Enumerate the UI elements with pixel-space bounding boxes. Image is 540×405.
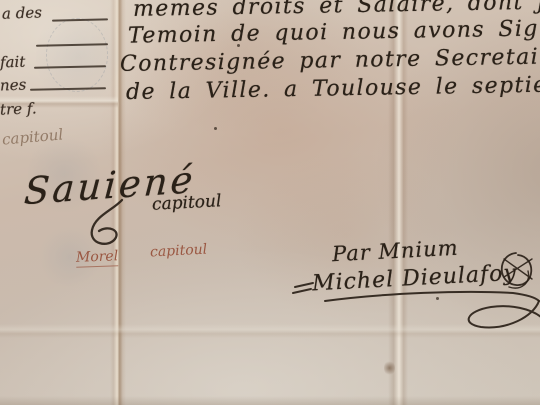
signature-flourish (285, 243, 540, 338)
margin-note: a des (2, 3, 42, 22)
paper-bottom-edge (0, 396, 540, 405)
margin-note: tre f. (0, 99, 37, 118)
ink-speck (436, 297, 439, 300)
manuscript-photo: a des fait nes tre f. capitoul memes dro… (0, 0, 540, 405)
signature-paraph-loop (82, 198, 137, 250)
body-line: Contresignée par notre Secretaire (120, 44, 540, 77)
annotation-secondary: Morel (76, 248, 119, 267)
margin-note: nes (0, 76, 27, 95)
ink-speck (214, 127, 217, 130)
margin-note: fait (0, 53, 26, 72)
signature-primary-title: capitoul (152, 191, 222, 215)
fold-stain-spot (384, 360, 395, 376)
body-line: de la Ville. a Toulouse le septieme (126, 72, 540, 105)
ink-speck (237, 44, 240, 47)
body-line: Temoin de quoi nous avons Sig (128, 16, 539, 48)
annotation-secondary-title: capitoul (150, 242, 208, 261)
